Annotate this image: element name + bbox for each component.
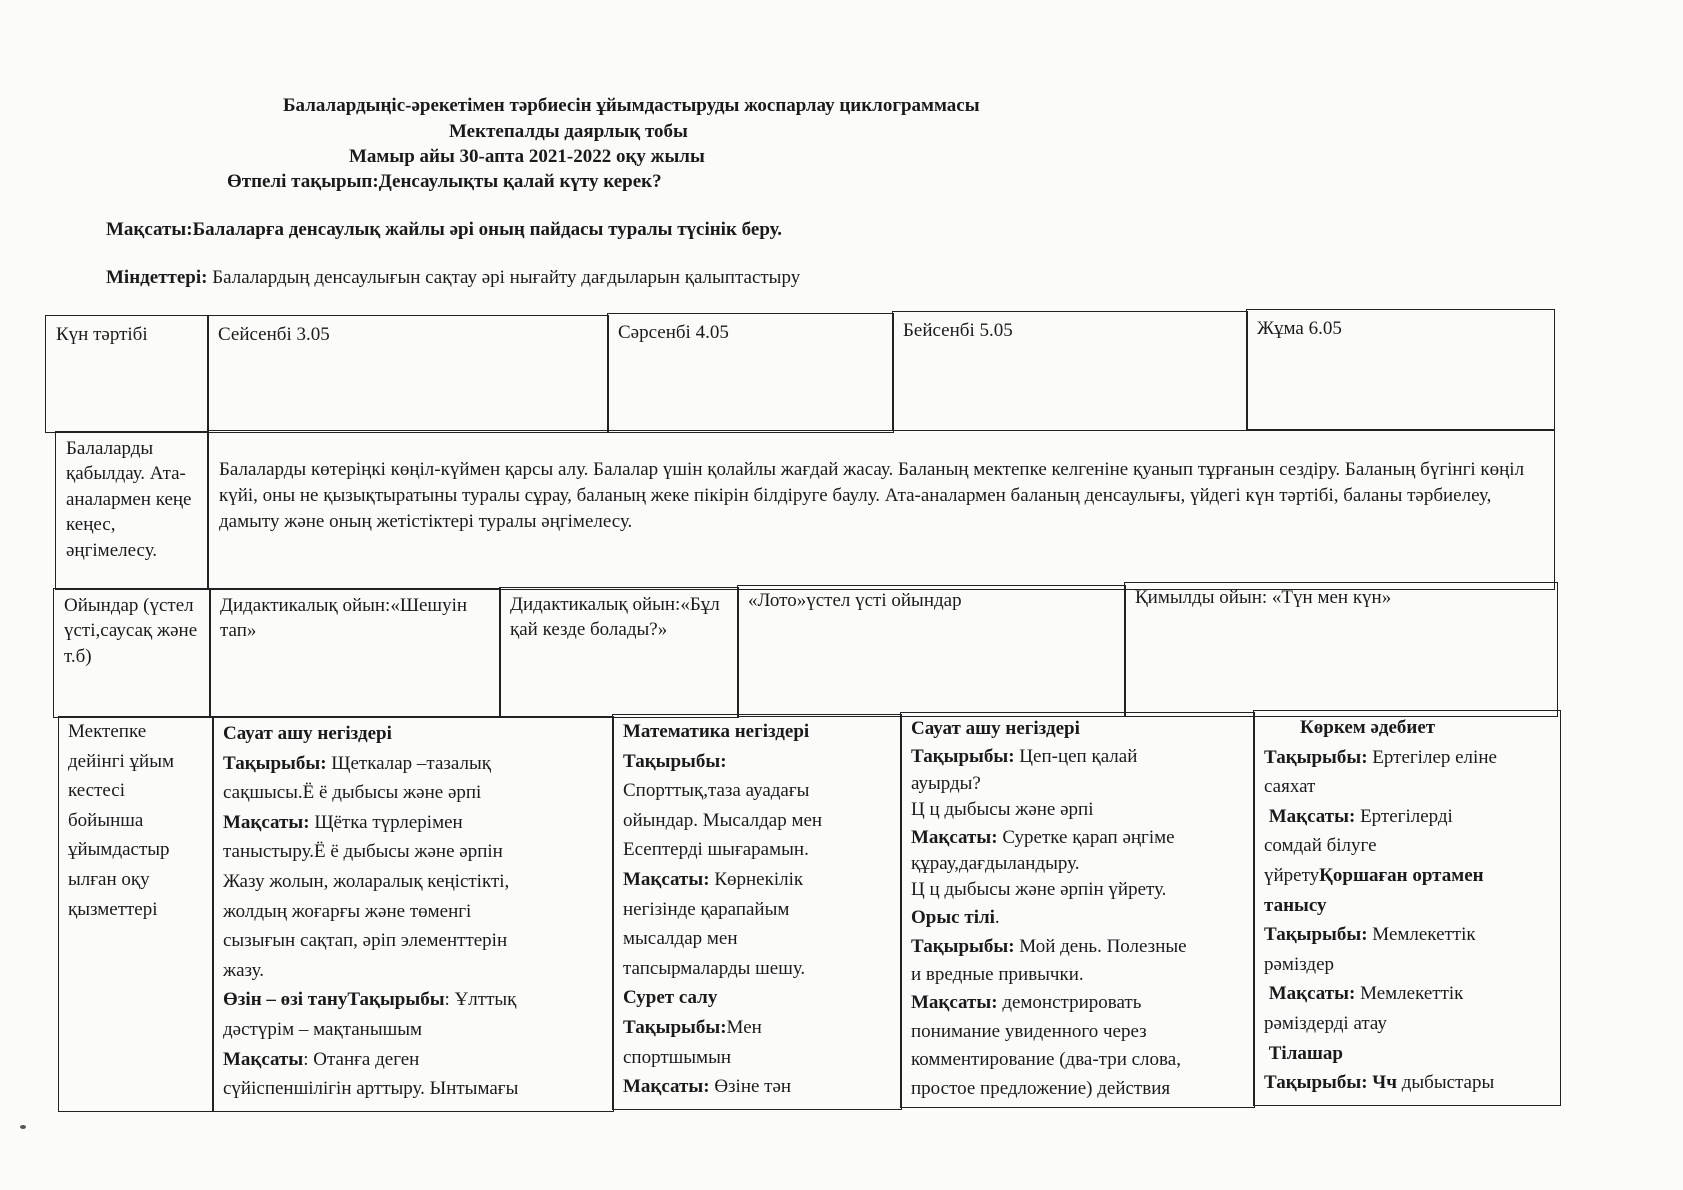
text-line: ойындар. Мысалдар мен bbox=[623, 806, 891, 836]
activities-tuesday: Сауат ашу негіздері Тақырыбы: Щеткалар –… bbox=[212, 716, 614, 1112]
goal-label: Мақсаты: bbox=[911, 827, 998, 848]
text-line: сызығын сақтап, әріп элементтерін bbox=[223, 926, 603, 956]
goal-text: Мемлекеттік bbox=[1355, 983, 1463, 1004]
goal-label: Мақсаты: bbox=[1264, 806, 1355, 827]
subject-title: Сауат ашу негіздері bbox=[223, 719, 603, 749]
subject-topic-label: Өзін – өзі тануТақырыбы bbox=[223, 989, 445, 1010]
daily-routine-header: Күн тәртібі bbox=[45, 315, 209, 433]
topic-text: Цеп-цеп қалай bbox=[1015, 746, 1138, 767]
subject-title: Көркем әдебиет bbox=[1264, 713, 1550, 743]
topic-label: Тақырыбы: bbox=[223, 753, 327, 774]
text-line: мысалдар мен bbox=[623, 924, 891, 954]
game-tuesday: Дидактикалық ойын:«Шешуін тап» bbox=[209, 588, 501, 718]
text-line: Спорттық,таза ауадағы bbox=[623, 776, 891, 806]
games-label: Ойындар (үстел үсті,саусақ және т.б) bbox=[53, 588, 211, 718]
text-line: сақшысы.Ё ё дыбысы және әрпі bbox=[223, 778, 603, 808]
text-line: Ц ц дыбысы және әрпін үйрету. bbox=[911, 876, 1244, 904]
group-name: Мектепалды даярлық тобы bbox=[449, 121, 688, 143]
topic-label: Тақырыбы: bbox=[623, 1017, 727, 1038]
goal-label: Мақсаты bbox=[223, 1049, 303, 1070]
reception-label: Балаларды қабылдау. Ата-аналармен кеңе к… bbox=[55, 431, 209, 590]
subject-title: танысу bbox=[1264, 891, 1550, 921]
goal-label: Мақсаты: bbox=[623, 1076, 710, 1097]
text-line: негізінде қарапайым bbox=[623, 895, 891, 925]
transitional-theme: Өтпелі тақырып:Денсаулықты қалай күту ке… bbox=[227, 171, 662, 193]
period: Мамыр айы 30-апта 2021-2022 оқу жылы bbox=[349, 146, 705, 168]
topic-label: Тақырыбы: bbox=[911, 936, 1015, 957]
text-line: понимание увиденного через bbox=[911, 1018, 1244, 1046]
topic-label: Тақырыбы: bbox=[1264, 924, 1368, 945]
text-line: жазу. bbox=[223, 956, 603, 986]
goal-text: демонстрировать bbox=[998, 992, 1142, 1013]
text-line: простое предложение) действия bbox=[911, 1075, 1244, 1103]
game-friday: Қимылды ойын: «Түн мен күн» bbox=[1124, 582, 1558, 717]
day-header-thursday: Бейсенбі 5.05 bbox=[892, 311, 1248, 431]
text-line: дәстүрім – мақтанышым bbox=[223, 1015, 603, 1045]
topic-text: Мен bbox=[727, 1017, 762, 1038]
topic-text: Щеткалар –тазалық bbox=[327, 753, 491, 774]
text-line: Жазу жолын, жоларалық кеңістікті, bbox=[223, 867, 603, 897]
topic-text: Ертегілер еліне bbox=[1368, 747, 1497, 768]
topic-label: Тақырыбы: bbox=[1264, 747, 1368, 768]
text-line: сомдай білуге bbox=[1264, 831, 1550, 861]
day-header-wednesday: Сәрсенбі 4.05 bbox=[607, 313, 894, 433]
goal-label: Мақсаты: bbox=[911, 992, 998, 1013]
game-wednesday: Дидактикалық ойын:«Бұл қай кезде болады?… bbox=[499, 587, 739, 718]
text-line: спортшымын bbox=[623, 1043, 891, 1073]
goal-label: Мақсаты: bbox=[223, 812, 310, 833]
text-line: құрау,дағдыландыру. bbox=[911, 852, 1244, 876]
scan-artifact bbox=[20, 1125, 26, 1129]
subject-title: Орыс тілі bbox=[911, 907, 995, 928]
game-thursday: «Лото»үстел үсті ойындар bbox=[737, 585, 1126, 717]
goal-text: Суретке қарап әңгіме bbox=[998, 827, 1175, 848]
document-title: Балалардыңіс-әрекетімен тәрбиесін ұйымда… bbox=[283, 95, 980, 117]
tasks-label: Міндеттері: bbox=[106, 267, 207, 288]
text-line: таныстыру.Ё ё дыбысы және әрпін bbox=[223, 837, 603, 867]
activities-label: Мектепке дейінгі ұйым кестесі бойынша ұй… bbox=[58, 716, 214, 1112]
text-line: рәміздерді атау bbox=[1264, 1009, 1550, 1039]
subject-title: Тілашар bbox=[1264, 1039, 1550, 1069]
activities-thursday: Сауат ашу негіздері Тақырыбы: Цеп-цеп қа… bbox=[900, 712, 1255, 1108]
goal-text: Өзіне тән bbox=[710, 1076, 792, 1097]
text-line: Есептерді шығарамын. bbox=[623, 835, 891, 865]
text-line: комментирование (два-три слова, bbox=[911, 1046, 1244, 1074]
goal-label: Мақсаты: bbox=[623, 869, 710, 890]
tasks-line: Міндеттері: Балалардың денсаулығын сақта… bbox=[106, 267, 800, 289]
goal-text: Көрнекілік bbox=[710, 869, 804, 890]
topic-label: Тақырыбы: Чч bbox=[1264, 1072, 1397, 1093]
goal-label: Мақсаты: bbox=[106, 219, 193, 240]
text-line: . bbox=[995, 907, 1000, 928]
text-line: Ц ц дыбысы және әрпі bbox=[911, 796, 1244, 824]
activities-wednesday: Математика негіздері Тақырыбы: Спорттық,… bbox=[612, 714, 902, 1110]
text-line: саяхат bbox=[1264, 772, 1550, 802]
subject-title: Сауат ашу негіздері bbox=[911, 715, 1244, 743]
topic-text: дыбыстары bbox=[1397, 1072, 1494, 1093]
text-line: ауырды? bbox=[911, 772, 1244, 796]
tasks-text: Балалардың денсаулығын сақтау әрі нығайт… bbox=[207, 267, 800, 288]
text-line: жолдың жоғарғы және төменгі bbox=[223, 897, 603, 927]
goal-line: Мақсаты:Балаларға денсаулық жайлы әрі он… bbox=[106, 219, 782, 241]
text-line: сүйіспеншілігін арттыру. Ынтымағы bbox=[223, 1074, 603, 1104]
goal-text: : Отанға деген bbox=[303, 1049, 419, 1070]
text-line: рәміздер bbox=[1264, 950, 1550, 980]
topic-text: Мой день. Полезные bbox=[1015, 936, 1187, 957]
goal-text: Щётка түрлерімен bbox=[310, 812, 463, 833]
subject-title: Сурет салу bbox=[623, 983, 891, 1013]
subject-title: Қоршаған ортамен bbox=[1319, 865, 1483, 886]
topic-label: Тақырыбы: bbox=[911, 746, 1015, 767]
topic-text: Мемлекеттік bbox=[1368, 924, 1476, 945]
goal-text: Ертегілерді bbox=[1355, 806, 1453, 827]
day-header-friday: Жұма 6.05 bbox=[1246, 309, 1555, 430]
text-line: тапсырмаларды шешу. bbox=[623, 954, 891, 984]
activities-friday: Көркем әдебиет Тақырыбы: Ертегілер еліне… bbox=[1253, 710, 1561, 1106]
subject-title: Математика негіздері bbox=[623, 717, 891, 747]
topic-label: Тақырыбы: bbox=[623, 747, 891, 777]
topic-text: : Ұлттық bbox=[445, 989, 517, 1010]
text-line: үйрету bbox=[1264, 865, 1319, 886]
text-line: и вредные привычки. bbox=[911, 961, 1244, 989]
goal-label: Мақсаты: bbox=[1264, 983, 1355, 1004]
reception-text: Балаларды көтеріңкі көңіл-күймен қарсы а… bbox=[207, 430, 1555, 590]
day-header-tuesday: Сейсенбі 3.05 bbox=[207, 315, 609, 433]
goal-text: Балаларға денсаулық жайлы әрі оның пайда… bbox=[193, 219, 782, 240]
